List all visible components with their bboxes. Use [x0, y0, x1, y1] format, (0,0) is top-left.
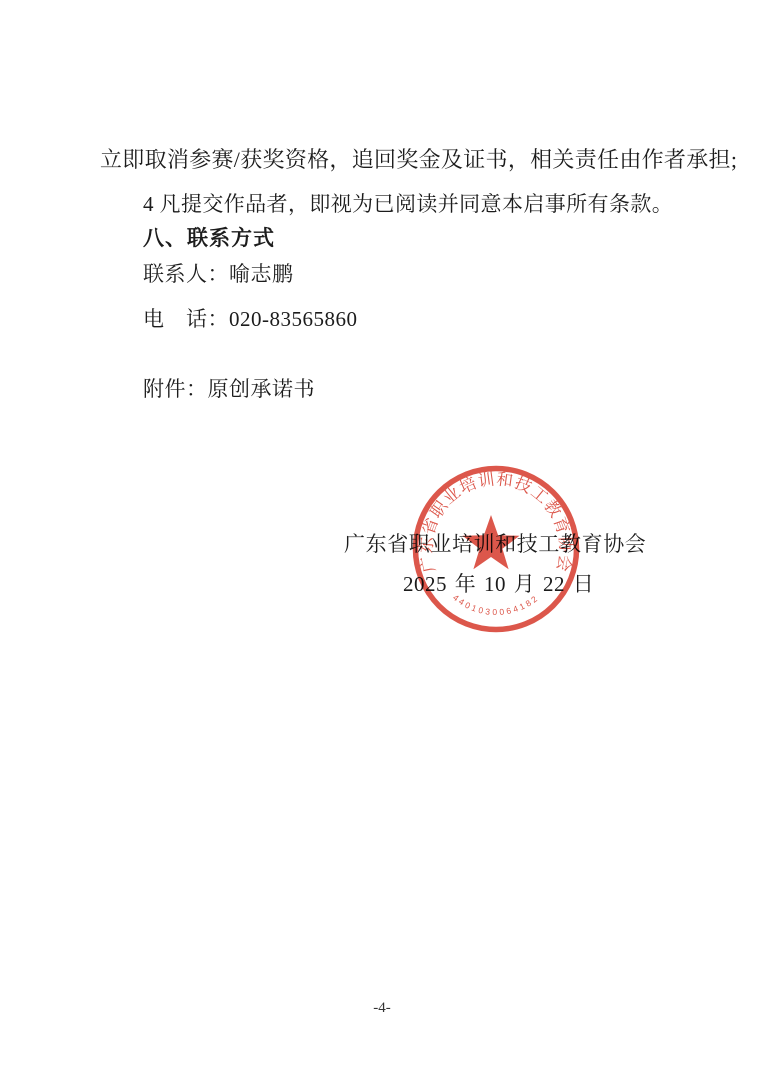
paragraph-line-agreement: 4 凡提交作品者，即视为已阅读并同意本启事所有条款。	[143, 192, 673, 216]
signature-organization: 广东省职业培训和技工教育协会	[344, 532, 646, 556]
contact-person-line: 联系人：喻志鹏	[143, 262, 294, 286]
paragraph-line-terms: 立即取消参赛/获奖资格，追回奖金及证书，相关责任由作者承担;	[100, 147, 737, 172]
signature-date: 2025 年 10 月 22 日	[403, 572, 594, 596]
document-page: 立即取消参赛/获奖资格，追回奖金及证书，相关责任由作者承担; 4 凡提交作品者，…	[0, 0, 764, 1080]
seal-ring-text: 广东省职业培训和技工教育协会	[417, 469, 576, 574]
page-number: -4-	[0, 1000, 764, 1017]
section-heading-contact: 八、联系方式	[143, 227, 275, 251]
phone-number-line: 电 话：020-83565860	[143, 307, 358, 331]
attachment-line: 附件：原创承诺书	[143, 377, 315, 401]
